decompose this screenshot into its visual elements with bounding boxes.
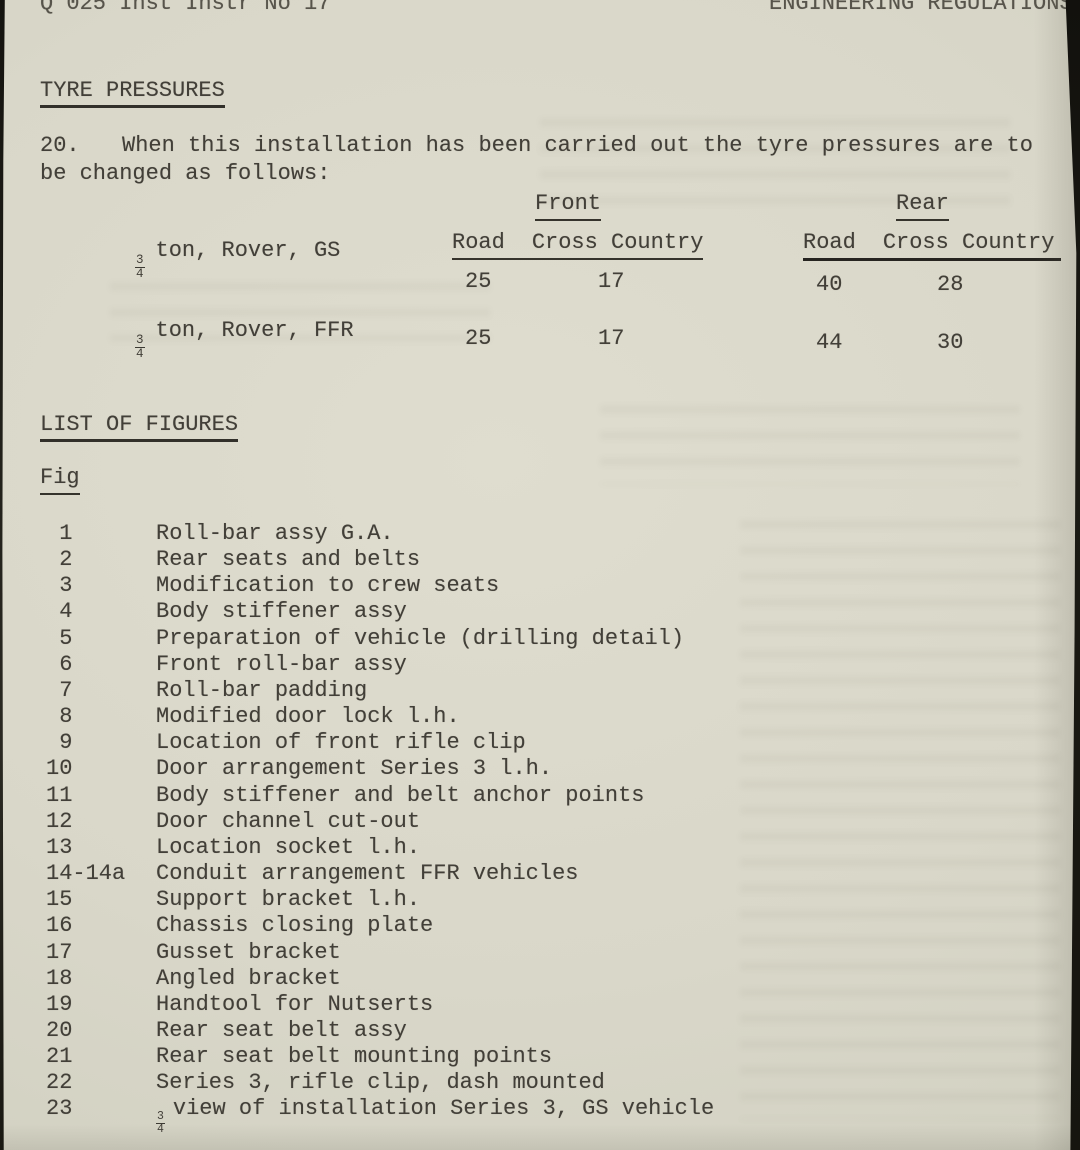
figures-list: 1Roll-bar assy G.A. 2Rear seats and belt… bbox=[46, 521, 714, 1134]
figure-description: Modification to crew seats bbox=[156, 573, 499, 598]
figure-number: 22 bbox=[46, 1070, 156, 1096]
figure-number: 16 bbox=[46, 913, 156, 939]
figure-number: 10 bbox=[46, 756, 156, 782]
figure-description: Rear seat belt assy bbox=[156, 1018, 407, 1043]
figure-number: 19 bbox=[46, 992, 156, 1018]
figure-description: Location of front rifle clip bbox=[156, 730, 526, 755]
figure-row: 4Body stiffener assy bbox=[46, 599, 714, 625]
figure-description: Preparation of vehicle (drilling detail) bbox=[156, 626, 684, 651]
figure-row: 12Door channel cut-out bbox=[46, 809, 714, 835]
fig-column-header: Fig bbox=[40, 465, 80, 495]
bleed-through-patch bbox=[740, 520, 1060, 1120]
figure-description: Angled bracket bbox=[156, 966, 341, 991]
figure-row: 1Roll-bar assy G.A. bbox=[46, 521, 714, 547]
figure-number: 20 bbox=[46, 1018, 156, 1044]
front-subheader: Road Cross Country bbox=[452, 230, 703, 260]
figure-row: 15Support bracket l.h. bbox=[46, 887, 714, 913]
rear-road-header: Road bbox=[803, 230, 856, 255]
figure-number: 4 bbox=[46, 599, 156, 625]
figure-description: Series 3, rifle clip, dash mounted bbox=[156, 1070, 605, 1095]
section-title-list-of-figures: LIST OF FIGURES bbox=[40, 412, 238, 442]
figure-number: 8 bbox=[46, 704, 156, 730]
rear-group-header: Rear bbox=[896, 191, 949, 221]
scan-shadow-bottom bbox=[0, 1124, 1080, 1150]
figure-number: 17 bbox=[46, 940, 156, 966]
ffr-rear-cross-pressure: 30 bbox=[937, 330, 963, 355]
figure-row: 19Handtool for Nutserts bbox=[46, 992, 714, 1018]
header-title-right: ENGINEERING REGULATIONS bbox=[769, 0, 1073, 16]
figure-row: 3Modification to crew seats bbox=[46, 573, 714, 599]
figure-description: Roll-bar assy G.A. bbox=[156, 521, 394, 546]
bleed-through-patch bbox=[600, 405, 1020, 485]
vehicle-label-gs: ton, Rover, GS bbox=[156, 238, 341, 263]
rear-subheader: Road Cross Country bbox=[803, 230, 1061, 261]
ffr-rear-road-pressure: 44 bbox=[816, 330, 842, 355]
figure-number: 6 bbox=[46, 652, 156, 678]
figure-row: 7Roll-bar padding bbox=[46, 678, 714, 704]
scan-edge-left bbox=[0, 0, 6, 1150]
figure-description: Rear seats and belts bbox=[156, 547, 420, 572]
fraction-three-quarters: 34 bbox=[135, 335, 145, 359]
front-cross-country-header: Cross Country bbox=[532, 230, 704, 255]
figure-description: Door channel cut-out bbox=[156, 809, 420, 834]
gs-rear-cross-pressure: 28 bbox=[937, 272, 963, 297]
figure-description: 34view of installation Series 3, GS vehi… bbox=[156, 1096, 714, 1121]
figure-row: 22Series 3, rifle clip, dash mounted bbox=[46, 1070, 714, 1096]
figure-description: Conduit arrangement FFR vehicles bbox=[156, 861, 578, 886]
figure-row: 20Rear seat belt assy bbox=[46, 1018, 714, 1044]
figure-description: Gusset bracket bbox=[156, 940, 341, 965]
figure-description: Location socket l.h. bbox=[156, 835, 420, 860]
paragraph-line-2: be changed as follows: bbox=[40, 161, 330, 186]
figure-description: Support bracket l.h. bbox=[156, 887, 420, 912]
figure-description: Handtool for Nutserts bbox=[156, 992, 433, 1017]
figure-description: Body stiffener and belt anchor points bbox=[156, 783, 644, 808]
figure-number: 11 bbox=[46, 783, 156, 809]
figure-description: Front roll-bar assy bbox=[156, 652, 407, 677]
figure-description: Rear seat belt mounting points bbox=[156, 1044, 552, 1069]
figure-row: 10Door arrangement Series 3 l.h. bbox=[46, 756, 714, 782]
scanned-document-page: Q 025 Inst Instr No 17 ENGINEERING REGUL… bbox=[0, 0, 1080, 1150]
gs-rear-road-pressure: 40 bbox=[816, 272, 842, 297]
figure-number: 23 bbox=[46, 1096, 156, 1122]
figure-number: 12 bbox=[46, 809, 156, 835]
figure-row: 18Angled bracket bbox=[46, 966, 714, 992]
fraction-three-quarters: 34 bbox=[135, 255, 145, 279]
figure-number: 1 bbox=[46, 521, 156, 547]
gs-front-cross-pressure: 17 bbox=[598, 269, 624, 294]
figure-row: 17Gusset bracket bbox=[46, 940, 714, 966]
paragraph-number: 20. bbox=[40, 133, 80, 158]
header-doc-ref: Q 025 Inst Instr No 17 bbox=[40, 0, 330, 16]
figure-row: 14-14aConduit arrangement FFR vehicles bbox=[46, 861, 714, 887]
ffr-front-cross-pressure: 17 bbox=[598, 326, 624, 351]
figure-number: 21 bbox=[46, 1044, 156, 1070]
front-group-header: Front bbox=[535, 191, 601, 221]
section-title-tyre-pressures: TYRE PRESSURES bbox=[40, 78, 225, 108]
vehicle-row-ffr: 34ton, Rover, FFR bbox=[135, 318, 354, 359]
figure-number: 2 bbox=[46, 547, 156, 573]
vehicle-row-gs: 34ton, Rover, GS bbox=[135, 238, 340, 279]
figure-row: 13Location socket l.h. bbox=[46, 835, 714, 861]
figure-number: 5 bbox=[46, 626, 156, 652]
figure-number: 7 bbox=[46, 678, 156, 704]
figure-description: Modified door lock l.h. bbox=[156, 704, 460, 729]
rear-cross-country-header: Cross Country bbox=[883, 230, 1055, 255]
figure-number: 9 bbox=[46, 730, 156, 756]
vehicle-label-ffr: ton, Rover, FFR bbox=[156, 318, 354, 343]
figure-description: Door arrangement Series 3 l.h. bbox=[156, 756, 552, 781]
figure-number: 13 bbox=[46, 835, 156, 861]
figure-number: 14-14a bbox=[46, 861, 156, 887]
figure-row: 8Modified door lock l.h. bbox=[46, 704, 714, 730]
figure-row: 6Front roll-bar assy bbox=[46, 652, 714, 678]
figure-row: 16Chassis closing plate bbox=[46, 913, 714, 939]
figure-row: 11Body stiffener and belt anchor points bbox=[46, 783, 714, 809]
figure-row: 21Rear seat belt mounting points bbox=[46, 1044, 714, 1070]
paragraph-line-1: When this installation has been carried … bbox=[122, 133, 1033, 158]
ffr-front-road-pressure: 25 bbox=[465, 326, 491, 351]
front-road-header: Road bbox=[452, 230, 505, 255]
figure-number: 15 bbox=[46, 887, 156, 913]
figure-number: 18 bbox=[46, 966, 156, 992]
figure-number: 3 bbox=[46, 573, 156, 599]
gs-front-road-pressure: 25 bbox=[465, 269, 491, 294]
figure-description: Body stiffener assy bbox=[156, 599, 407, 624]
figure-row: 2Rear seats and belts bbox=[46, 547, 714, 573]
figure-description: Roll-bar padding bbox=[156, 678, 367, 703]
figure-row: 5Preparation of vehicle (drilling detail… bbox=[46, 626, 714, 652]
figure-row: 9Location of front rifle clip bbox=[46, 730, 714, 756]
figure-description: Chassis closing plate bbox=[156, 913, 433, 938]
